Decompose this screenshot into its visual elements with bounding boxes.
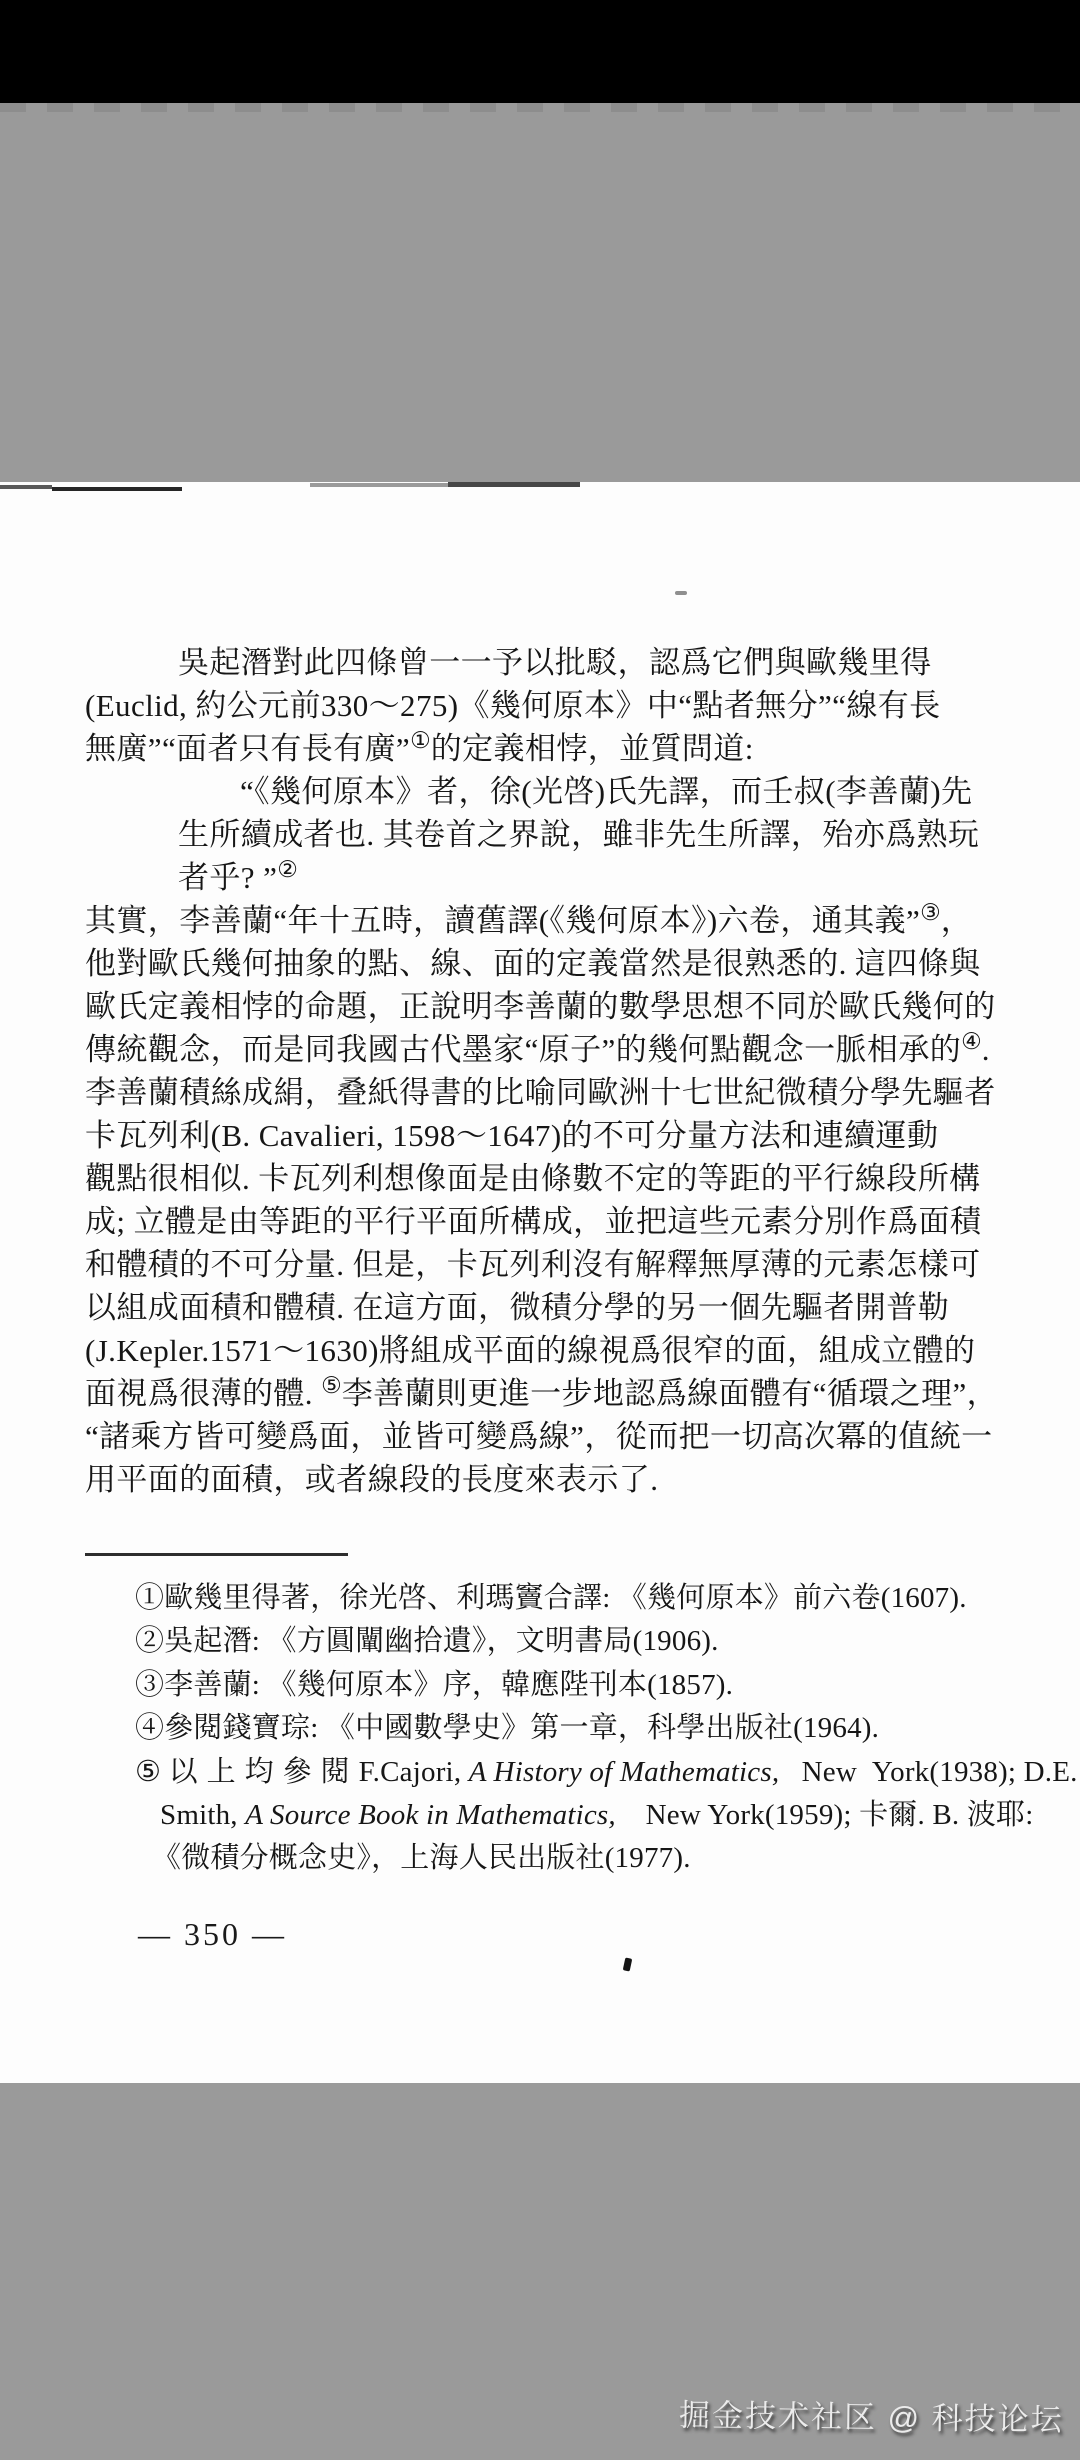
- page-edge-shadow-segment: [448, 482, 580, 487]
- main-text-line: 傳統觀念，而是同我國古代墨家“原子”的幾何點觀念一脈相承的④.: [85, 1028, 1017, 1071]
- scan-dash-artifact-strip: [0, 103, 1080, 112]
- footnote-line: ①歐幾里得著，徐光啓、利瑪竇合譯: 《幾何原本》前六卷(1607).: [135, 1577, 1017, 1620]
- main-text-line: (Euclid, 約公元前330～275)《幾何原本》中“點者無分”“線有長: [85, 684, 1017, 727]
- page-number: — 350 —: [138, 1916, 287, 1953]
- main-text-line: 無廣”“面者只有長有廣”①的定義相悖，並質問道:: [85, 727, 1017, 770]
- footnote-line: ③李善蘭: 《幾何原本》序，韓應陛刊本(1857).: [135, 1664, 1017, 1707]
- page-edge-shadow-segment: [310, 483, 448, 487]
- main-text-line: (J.Kepler.1571～1630)將組成平面的線視爲很窄的面，組成立體的: [85, 1329, 1017, 1372]
- main-text-line: 吳起潛對此四條曾一一予以批駁，認爲它們與歐幾里得: [85, 641, 1017, 684]
- main-text-line: 用平面的面積，或者線段的長度來表示了.: [85, 1458, 1017, 1501]
- footnote-line: ②吳起潛: 《方圓闡幽拾遺》，文明書局(1906).: [135, 1620, 1017, 1663]
- scan-speck-artifact: [675, 591, 687, 595]
- main-text-line: 以組成面積和體積. 在這方面，微積分學的另一個先驅者開普勒: [85, 1286, 1017, 1329]
- footnote-line: 《微積分概念史》，上海人民出版社(1977).: [135, 1837, 1017, 1880]
- main-text-line: 歐氏定義相悖的命題，正說明李善蘭的數學思想不同於歐氏幾何的: [85, 985, 1017, 1028]
- main-text-line: 他對歐氏幾何抽象的點、線、面的定義當然是很熟悉的. 這四條與: [85, 942, 1017, 985]
- main-text-line: 李善蘭積絲成絹，叠紙得書的比喻同歐洲十七世紀微積分學先驅者: [85, 1071, 1017, 1114]
- main-text-line: 和體積的不可分量. 但是，卡瓦列利沒有解釋無厚薄的元素怎樣可: [85, 1243, 1017, 1286]
- main-text-line: 觀點很相似. 卡瓦列利想像面是由條數不定的等距的平行線段所構: [85, 1157, 1017, 1200]
- footnote-divider: [85, 1553, 348, 1556]
- main-text-line: 其實，李善蘭“年十五時，讀舊譯(《幾何原本》)六卷，通其義”③，: [85, 899, 1017, 942]
- main-text-line: “《幾何原本》者，徐(光啓)氏先譯，而壬叔(李善蘭)先: [85, 770, 1017, 813]
- page-edge-shadow-segment: [0, 485, 52, 489]
- footnote-line: ④參閱錢寶琮: 《中國數學史》第一章，科學出版社(1964).: [135, 1707, 1017, 1750]
- footnote-line: Smith, A Source Book in Mathematics, New…: [135, 1794, 1017, 1837]
- main-text-block: 吳起潛對此四條曾一一予以批駁，認爲它們與歐幾里得(Euclid, 約公元前330…: [85, 641, 1017, 1501]
- main-text-line: “諸乘方皆可變爲面，並皆可變爲線”，從而把一切高次冪的值統一: [85, 1415, 1017, 1458]
- main-text-line: 者乎? ”②: [85, 856, 1017, 899]
- top-gray-band: [0, 103, 1080, 482]
- footnote-line: ⑤ 以上均參閱F.Cajori, A History of Mathematic…: [135, 1751, 1017, 1794]
- watermark-text: 掘金技术社区 @ 科技论坛: [679, 2390, 1064, 2440]
- main-text-line: 卡瓦列利(B. Cavalieri, 1598～1647)的不可分量方法和連續運…: [85, 1114, 1017, 1157]
- footnotes-block: ①歐幾里得著，徐光啓、利瑪竇合譯: 《幾何原本》前六卷(1607).②吳起潛: …: [135, 1577, 1017, 1881]
- main-text-line: 生所續成者也. 其卷首之界說，雖非先生所譯，殆亦爲熟玩: [85, 813, 1017, 856]
- top-black-band: [0, 0, 1080, 103]
- main-text-line: 成; 立體是由等距的平行平面所構成，並把這些元素分別作爲面積: [85, 1200, 1017, 1243]
- scanned-book-page-screenshot: 吳起潛對此四條曾一一予以批駁，認爲它們與歐幾里得(Euclid, 約公元前330…: [0, 0, 1080, 2460]
- main-text-line: 面視爲很薄的體. ⑤李善蘭則更進一步地認爲線面體有“循環之理”，: [85, 1372, 1017, 1415]
- page-edge-shadow-segment: [52, 487, 182, 491]
